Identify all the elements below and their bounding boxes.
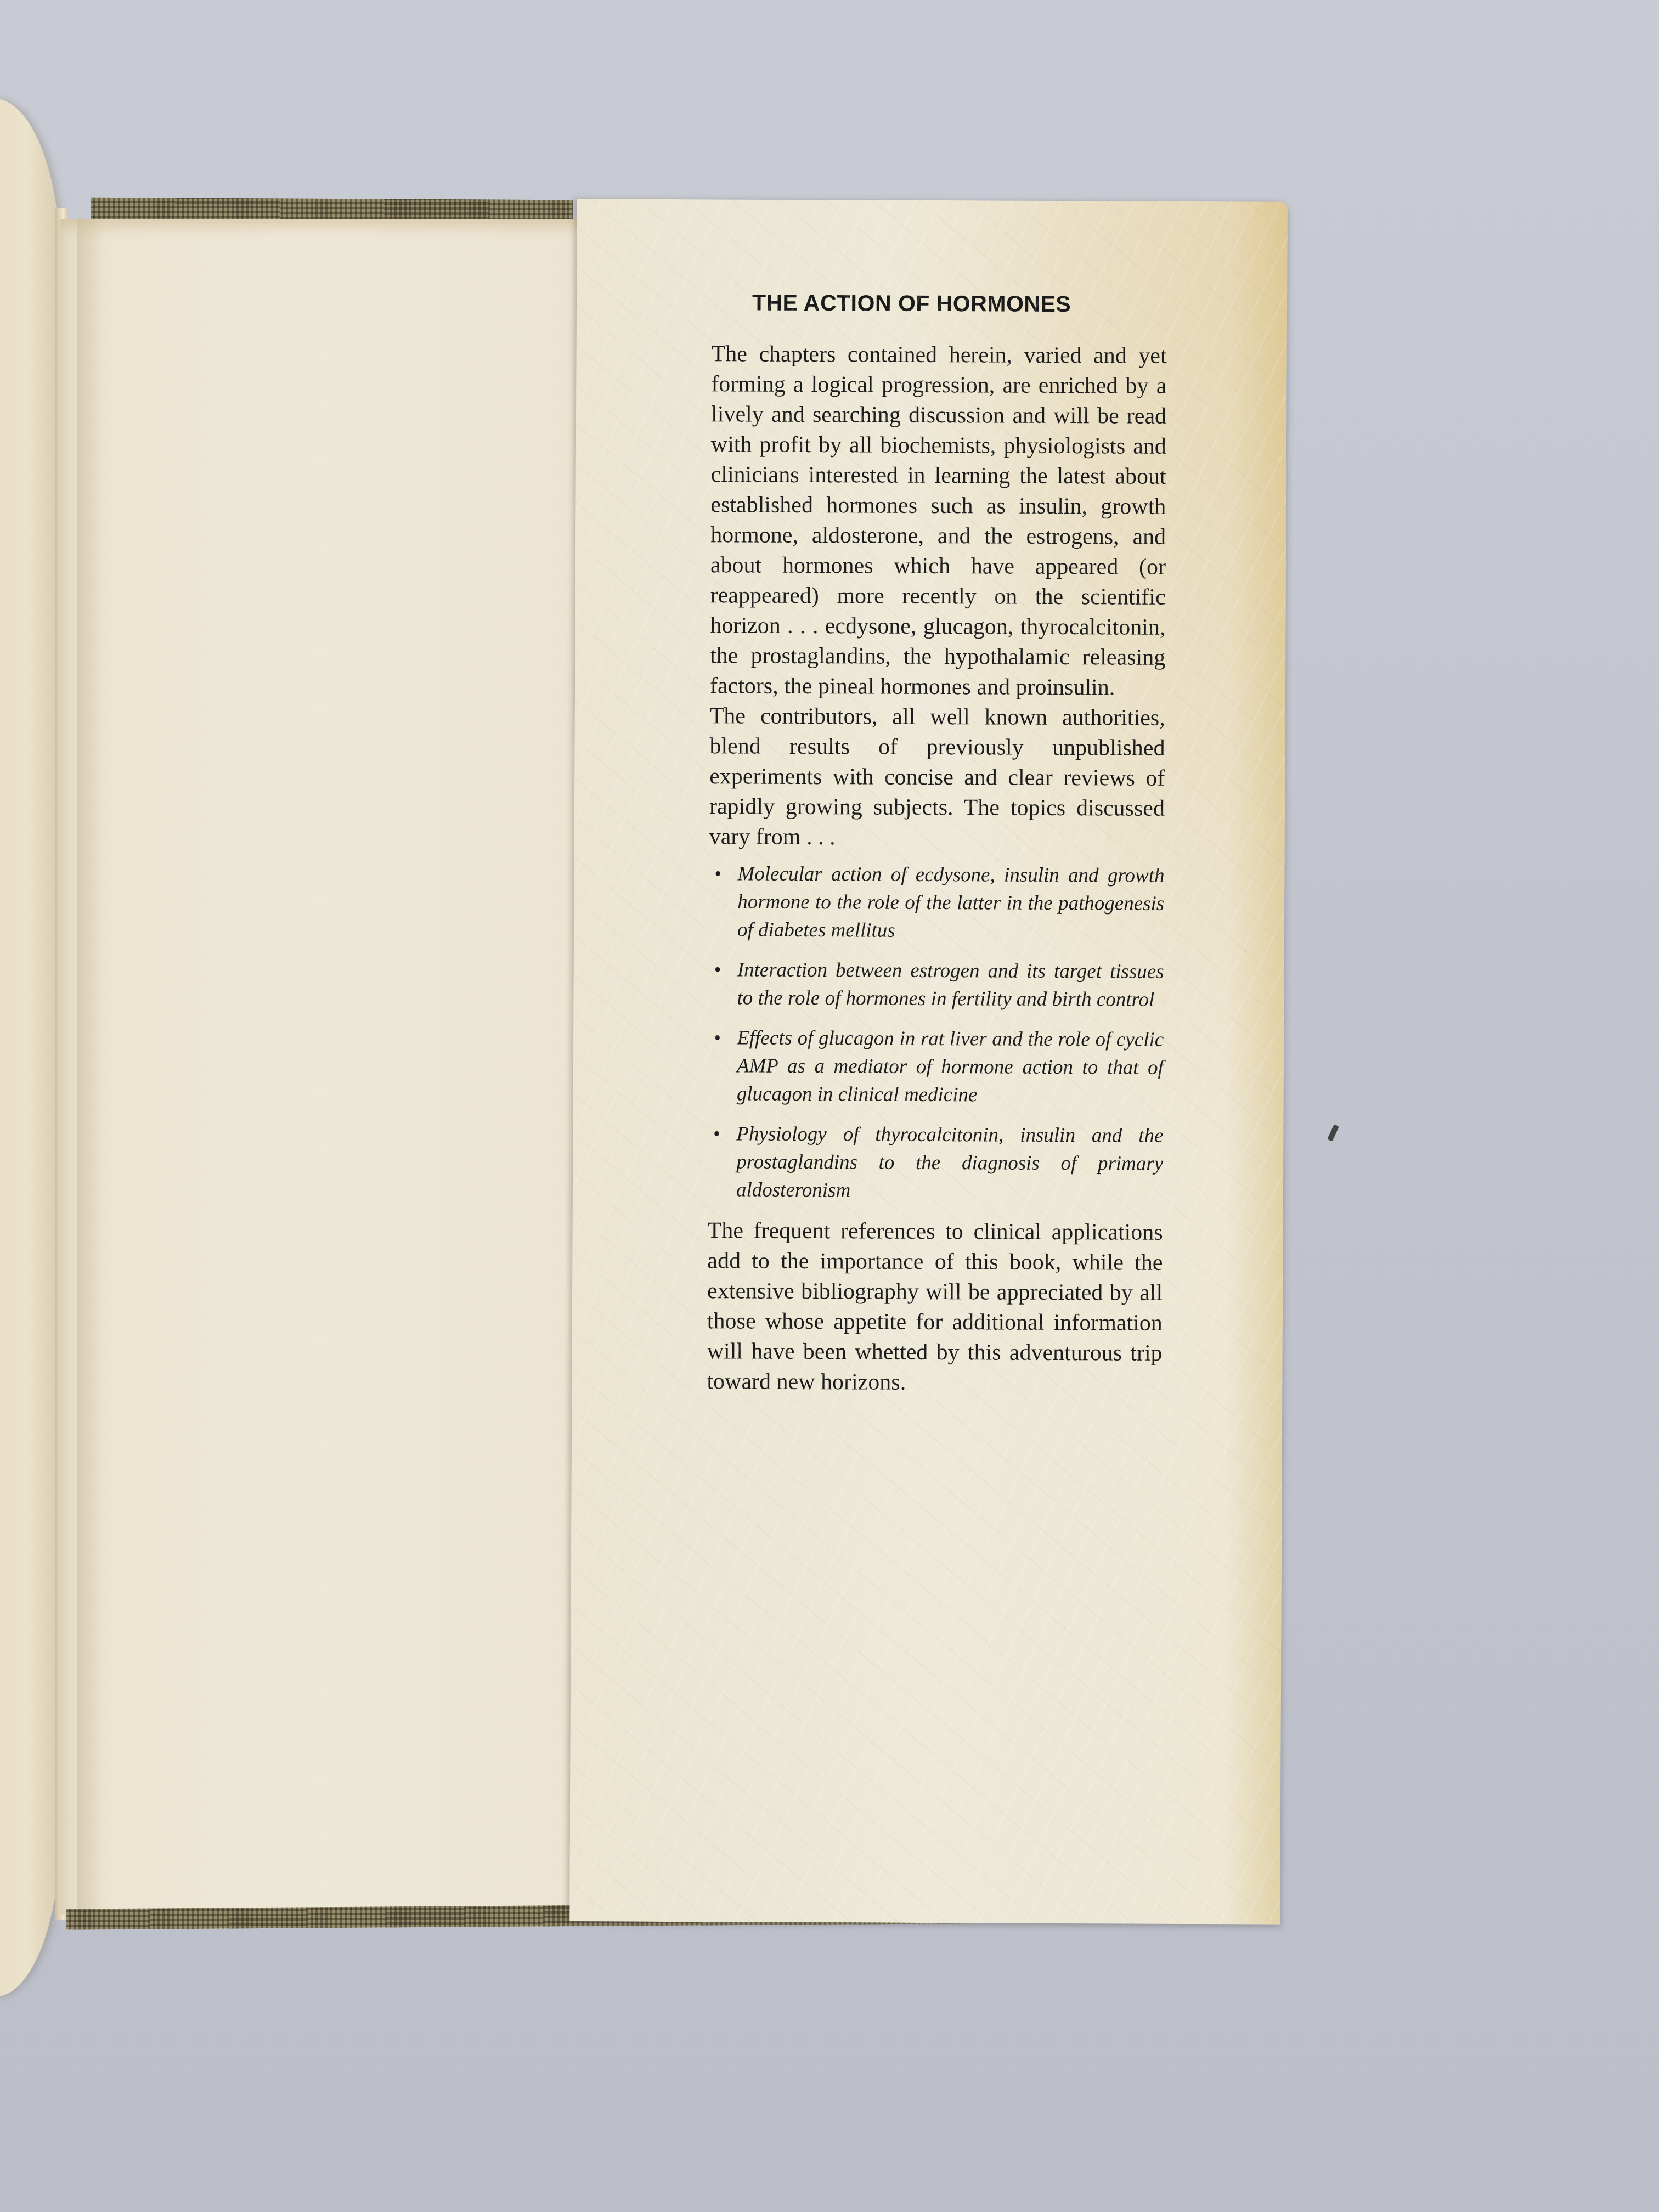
topic-item: •Effects of glucagon in rat liver and th…	[708, 1024, 1164, 1110]
topic-text: Physiology of thyrocalcitonin, insulin a…	[736, 1122, 1164, 1201]
contributors-paragraph: The contributors, all well known author­…	[709, 701, 1165, 854]
dust-jacket-flap: THE ACTION OF HORMONES The chapters cont…	[569, 199, 1288, 1925]
intro-paragraph: The chapters contained herein, varied an…	[710, 339, 1167, 703]
topic-text: Effects of glucagon in rat liver and the…	[737, 1026, 1164, 1106]
front-endpaper	[60, 219, 587, 1915]
bullet-icon: •	[714, 956, 721, 984]
topic-text: Molecular action of ecdysone, insulin an…	[737, 862, 1165, 941]
topic-item: •Molecular action of ecdysone, insulin a…	[709, 860, 1165, 946]
topic-item: •Physiology of thyrocalcitonin, insulin …	[708, 1120, 1164, 1206]
bullet-icon: •	[713, 1120, 720, 1148]
bullet-icon: •	[714, 1024, 721, 1052]
topics-list: •Molecular action of ecdysone, insulin a…	[708, 860, 1165, 1206]
closing-paragraph: The frequent references to clinical appl…	[707, 1216, 1163, 1399]
dust-speck	[1327, 1124, 1339, 1141]
bullet-icon: •	[714, 860, 721, 888]
curled-free-page	[0, 99, 60, 1997]
flap-title: THE ACTION OF HORMONES	[752, 290, 1071, 318]
topic-text: Interaction between estrogen and its tar…	[737, 958, 1164, 1011]
flap-body: The chapters contained herein, varied an…	[707, 339, 1166, 1399]
topic-item: •Interaction between estrogen and its ta…	[708, 956, 1164, 1014]
